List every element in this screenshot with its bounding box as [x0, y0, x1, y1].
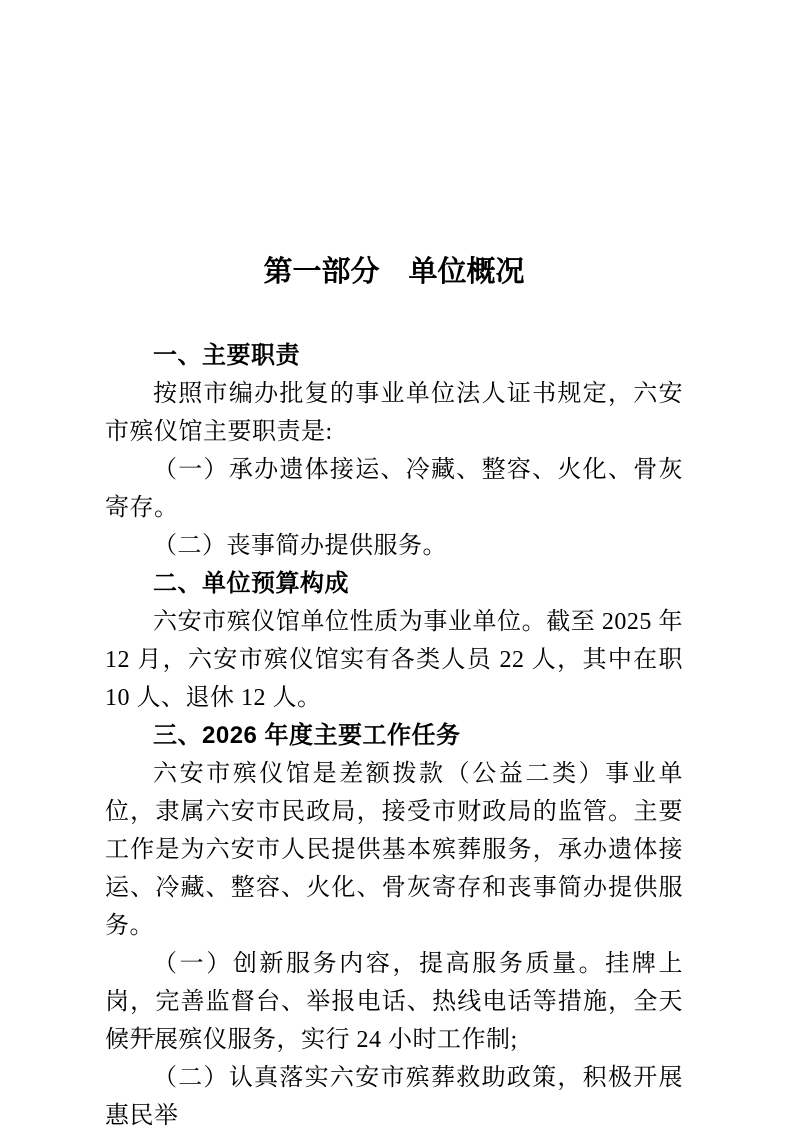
section-1-paragraph-3: （二）丧事简办提供服务。 [105, 527, 683, 565]
section-3-paragraph-3: （二）认真落实六安市殡葬救助政策，积极开展惠民举 [105, 1059, 683, 1131]
document-page: 第一部分 单位概况 一、主要职责 按照市编办批复的事业单位法人证书规定，六安市殡… [0, 0, 800, 1131]
section-1-paragraph-1: 按照市编办批复的事业单位法人证书规定，六安市殡仪馆主要职责是: [105, 375, 683, 451]
page-number: – 4 – [117, 1022, 155, 1046]
section-3-paragraph-2: （一）创新服务内容，提高服务质量。挂牌上岗，完善监督台、举报电话、热线电话等措施… [105, 945, 683, 1059]
section-1-paragraph-2: （一）承办遗体接运、冷藏、整容、火化、骨灰寄存。 [105, 451, 683, 527]
section-3-heading: 三、2026 年度主要工作任务 [105, 717, 683, 755]
section-work-tasks: 三、2026 年度主要工作任务 六安市殡仪馆是差额拨款（公益二类）事业单位，隶属… [105, 717, 683, 1131]
section-main-duties: 一、主要职责 按照市编办批复的事业单位法人证书规定，六安市殡仪馆主要职责是: （… [105, 337, 683, 565]
section-budget-composition: 二、单位预算构成 六安市殡仪馆单位性质为事业单位。截至 2025 年 12 月，… [105, 565, 683, 717]
section-2-paragraph-1: 六安市殡仪馆单位性质为事业单位。截至 2025 年 12 月，六安市殡仪馆实有各… [105, 603, 683, 717]
document-content: 第一部分 单位概况 一、主要职责 按照市编办批复的事业单位法人证书规定，六安市殡… [105, 0, 683, 1131]
section-2-heading: 二、单位预算构成 [105, 565, 683, 603]
section-3-paragraph-1: 六安市殡仪馆是差额拨款（公益二类）事业单位，隶属六安市民政局，接受市财政局的监管… [105, 755, 683, 945]
page-title: 第一部分 单位概况 [105, 0, 683, 292]
section-1-heading: 一、主要职责 [105, 337, 683, 375]
